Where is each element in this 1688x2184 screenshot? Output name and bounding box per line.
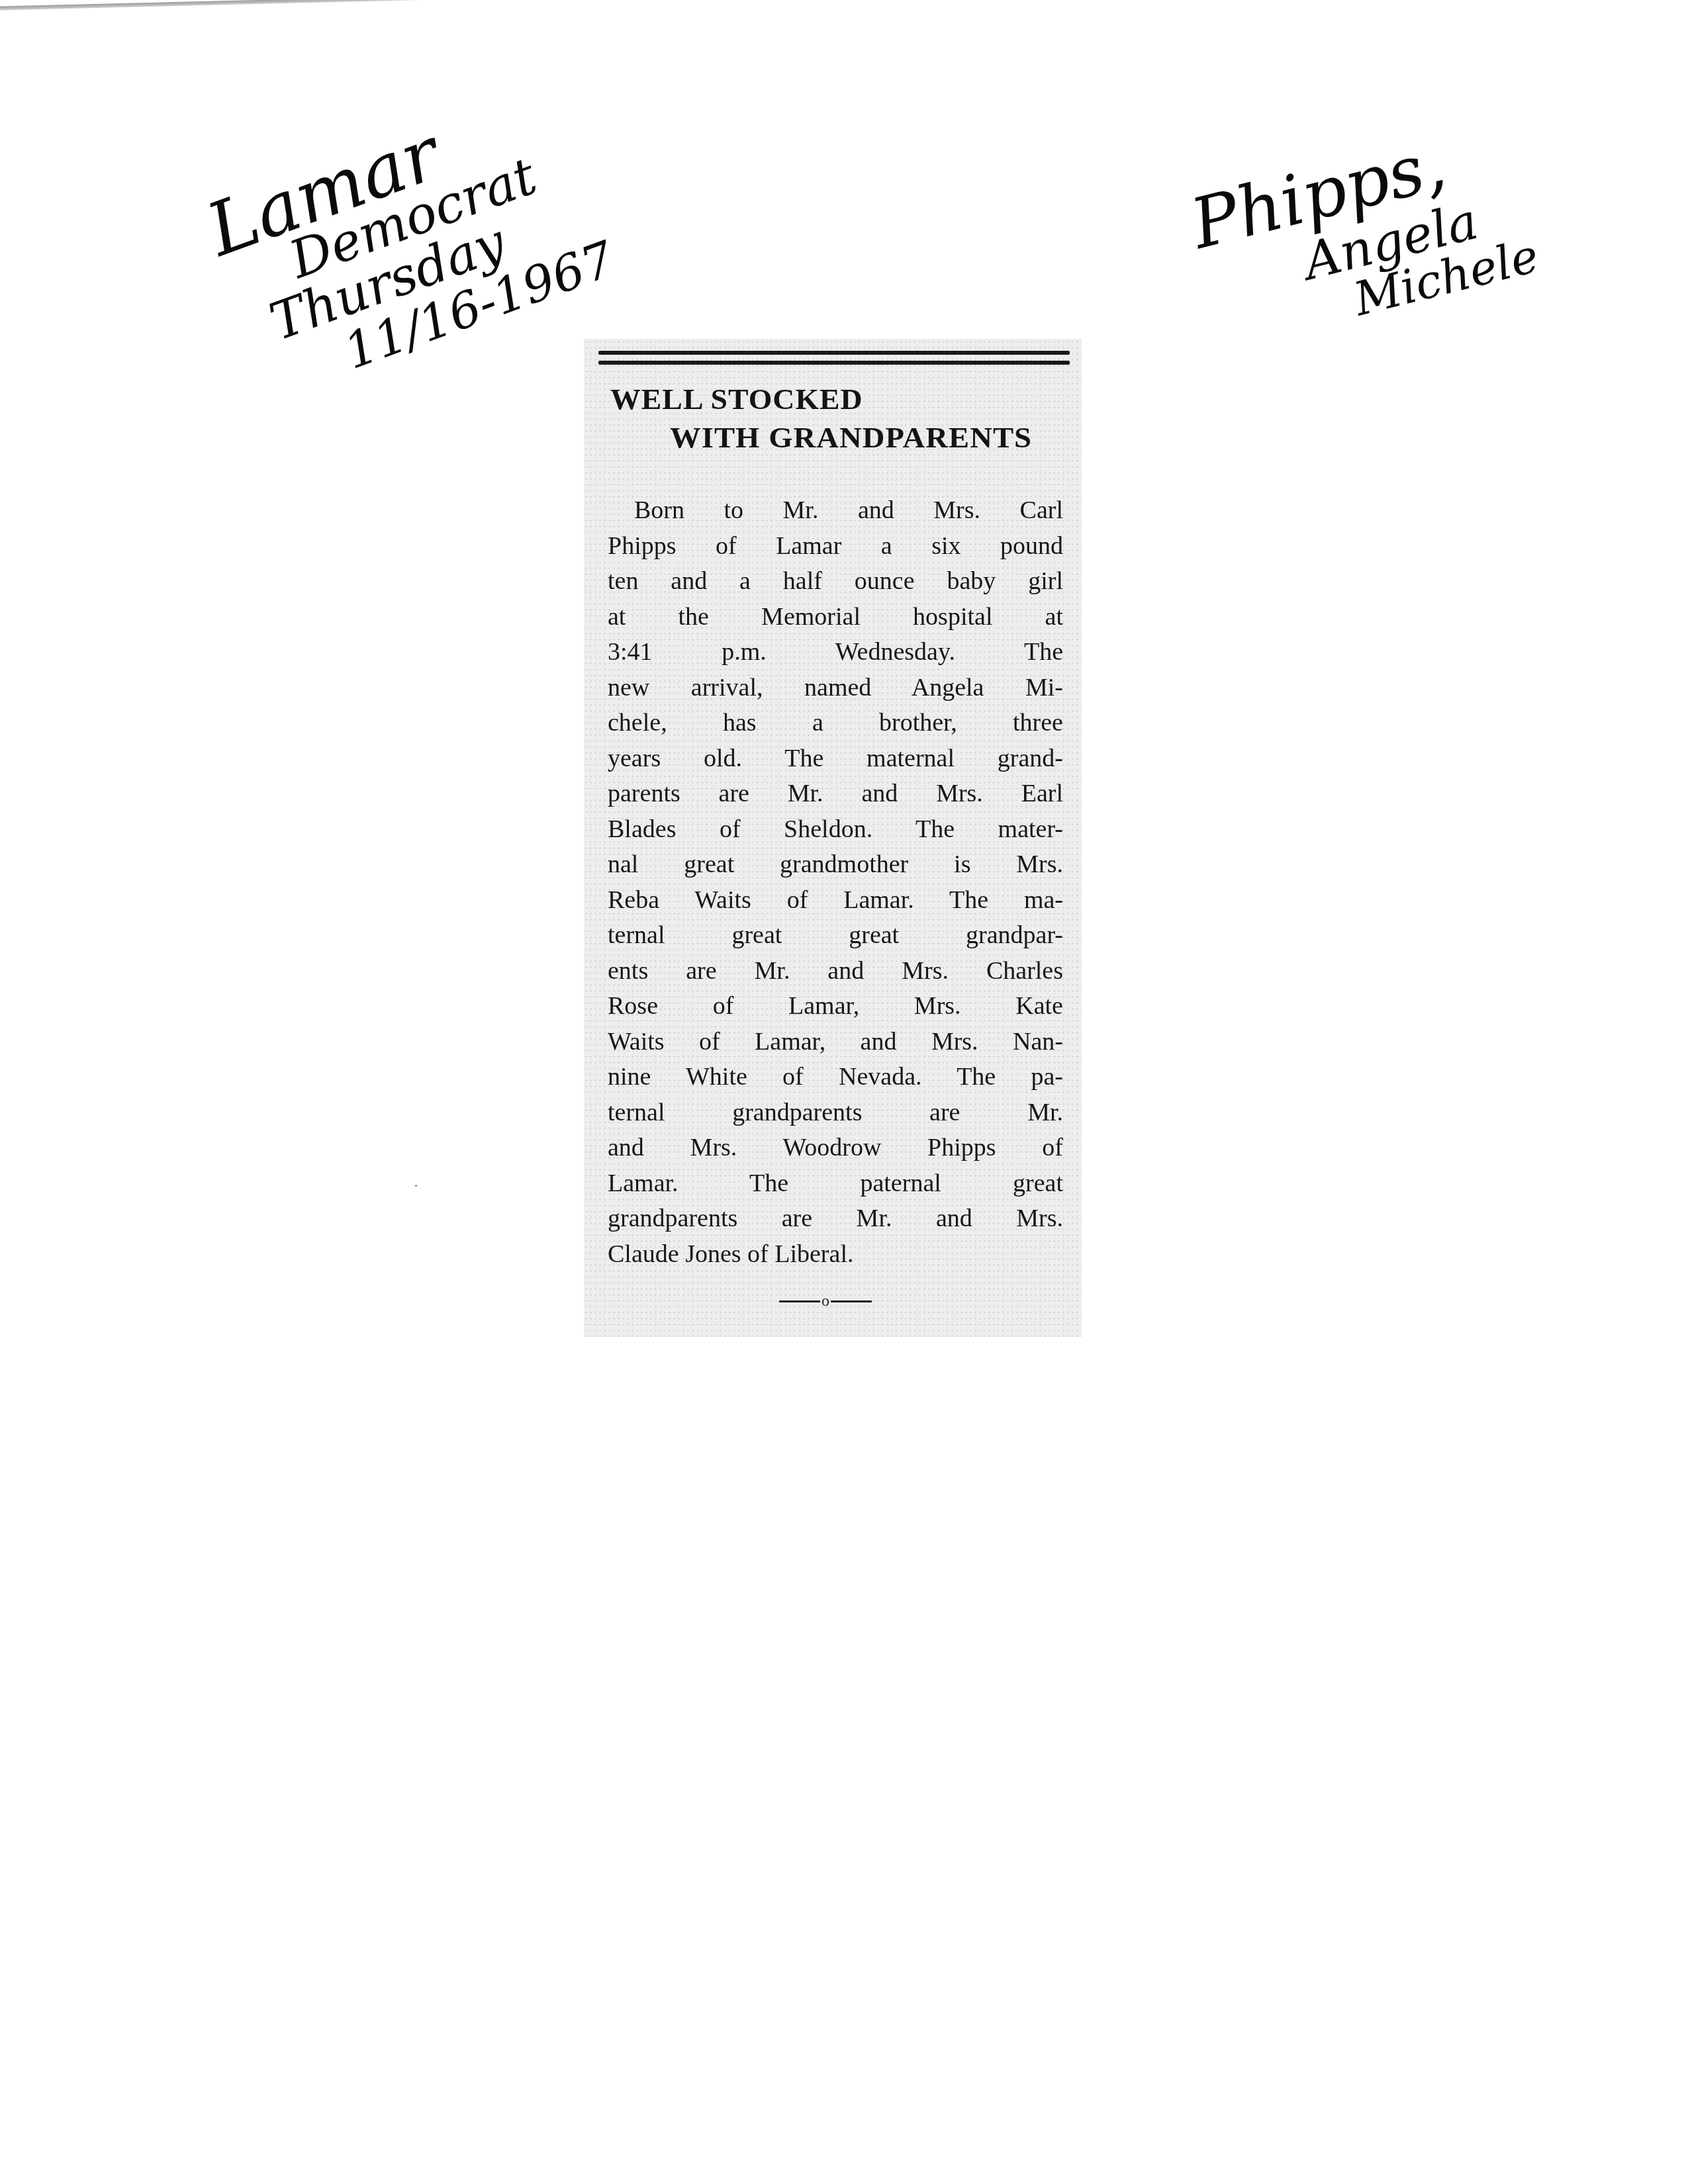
article-line: Lamar. The paternal great — [608, 1166, 1063, 1202]
headline-line-1: WELL STOCKED — [610, 385, 1027, 414]
headline: WELL STOCKED WITH GRANDPARENTS — [610, 379, 1011, 453]
article-line: ternal great great grandpar- — [608, 918, 1063, 954]
article-line: Rose of Lamar, Mrs. Kate — [608, 989, 1063, 1024]
article-line: parents are Mr. and Mrs. Earl — [608, 776, 1063, 812]
article-line: nal great grandmother is Mrs. — [608, 847, 1063, 883]
article-line: Claude Jones of Liberal. — [608, 1237, 1063, 1273]
handwritten-subject-note: Phipps, Angela Michele — [1185, 113, 1543, 357]
article-line: ents are Mr. and Mrs. Charles — [608, 954, 1063, 989]
article-line: and Mrs. Woodrow Phipps of — [608, 1130, 1063, 1166]
handwritten-source-note: Lamar Democrat Thursday 11/16-1967 — [199, 73, 620, 406]
article-body: Born to Mr. and Mrs. CarlPhipps of Lamar… — [608, 493, 1063, 1272]
double-rule-bottom — [598, 361, 1070, 365]
headline-line-2: WITH GRANDPARENTS — [670, 424, 1032, 453]
article-line: new arrival, named Angela Mi- — [608, 670, 1063, 706]
scan-edge — [0, 0, 450, 11]
article-line: nine White of Nevada. The pa- — [608, 1060, 1063, 1095]
separator-line — [779, 1300, 820, 1302]
article-line: Born to Mr. and Mrs. Carl — [608, 493, 1063, 529]
article-line: ten and a half ounce baby girl — [608, 564, 1063, 600]
article-line: ternal grandparents are Mr. — [608, 1095, 1063, 1131]
article-line: Phipps of Lamar a six pound — [608, 529, 1063, 565]
end-separator: o — [779, 1295, 872, 1308]
article-line: grandparents are Mr. and Mrs. — [608, 1201, 1063, 1237]
article-line: Waits of Lamar, and Mrs. Nan- — [608, 1024, 1063, 1060]
article-line: Reba Waits of Lamar. The ma- — [608, 883, 1063, 919]
article-line: chele, has a brother, three — [608, 705, 1063, 741]
double-rule-top — [598, 351, 1070, 355]
newspaper-clipping: WELL STOCKED WITH GRANDPARENTS Born to M… — [584, 339, 1082, 1337]
article-line: years old. The maternal grand- — [608, 741, 1063, 777]
scan-speck — [415, 1185, 417, 1187]
article-line: at the Memorial hospital at — [608, 600, 1063, 635]
article-line: 3:41 p.m. Wednesday. The — [608, 635, 1063, 670]
separator-line — [831, 1300, 872, 1302]
article-line: Blades of Sheldon. The mater- — [608, 812, 1063, 848]
separator-ornament: o — [820, 1293, 831, 1309]
